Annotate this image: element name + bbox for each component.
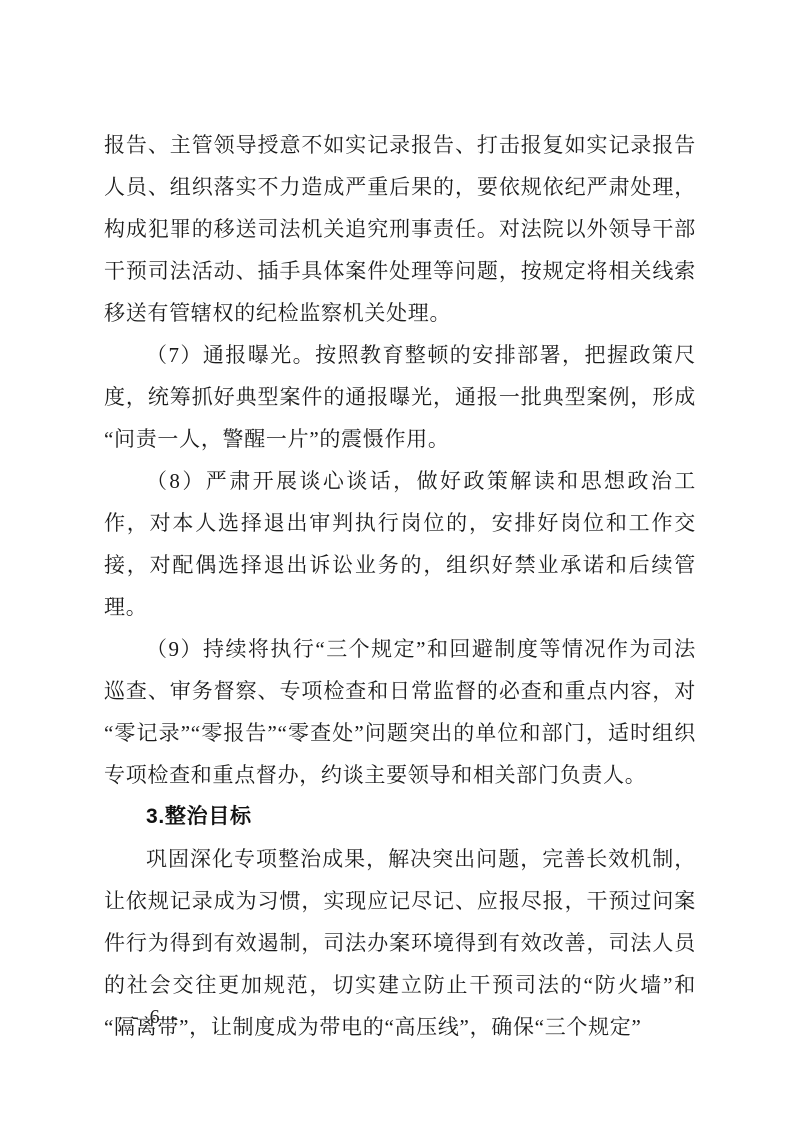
document-page: 报告、主管领导授意不如实记录报告、打击报复如实记录报告人员、组织落实不力造成严重… <box>0 0 793 1122</box>
page-number: - 6 - <box>132 1002 180 1032</box>
document-body: 报告、主管领导授意不如实记录报告、打击报复如实记录报告人员、组织落实不力造成严重… <box>104 124 696 1048</box>
section-heading-rectification-goals: 3.整治目标 <box>104 796 696 838</box>
paragraph-continuation: 报告、主管领导授意不如实记录报告、打击报复如实记录报告人员、组织落实不力造成严重… <box>104 124 696 334</box>
paragraph-rectification-goals: 巩固深化专项整治成果，解决突出问题，完善长效机制，让依规记录成为习惯，实现应记尽… <box>104 838 696 1048</box>
paragraph-item-7: （7）通报曝光。按照教育整顿的安排部署，把握政策尺度，统筹抓好典型案件的通报曝光… <box>104 334 696 460</box>
paragraph-item-8: （8）严肃开展谈心谈话，做好政策解读和思想政治工作，对本人选择退出审判执行岗位的… <box>104 460 696 628</box>
paragraph-item-9: （9）持续将执行“三个规定”和回避制度等情况作为司法巡查、审务督察、专项检查和日… <box>104 628 696 796</box>
